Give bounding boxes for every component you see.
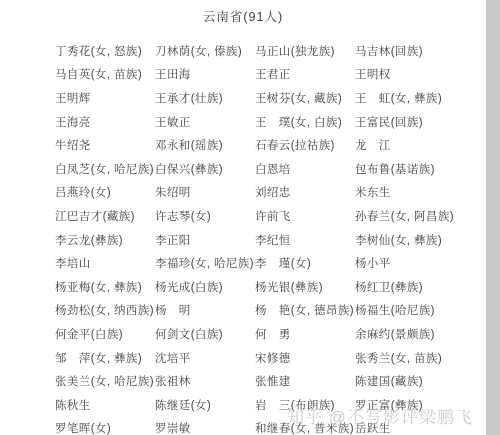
delegate-name: 白保兴(彝族) [155, 161, 255, 177]
delegate-name: 李正阳 [155, 232, 255, 248]
roster-row: 张美兰(女, 哈尼族)张祖林张惟建陈建国(藏族) [55, 369, 475, 393]
delegate-name: 龙 江 [355, 137, 455, 153]
delegate-name: 李树仙(女, 彝族) [355, 232, 455, 248]
delegate-name: 何金平(白族) [55, 326, 155, 342]
delegate-name: 张祖林 [155, 373, 255, 389]
delegate-name: 李培山 [55, 255, 155, 271]
delegate-name: 王敏正 [155, 114, 255, 130]
delegate-name: 王 虹(女, 彝族) [355, 90, 455, 106]
roster-row: 王海亮王敏正王 璞(女, 白族)王富民(回族) [55, 110, 475, 134]
roster-row: 邹 萍(女, 彝族)沈培平宋修德张秀兰(女, 苗族) [55, 346, 475, 370]
roster-row: 白凤芝(女, 哈尼族)白保兴(彝族)白恩培包布鲁(基诺族) [55, 157, 475, 181]
delegate-name: 陈秋生 [55, 397, 155, 413]
delegate-name: 许志琴(女) [155, 208, 255, 224]
delegate-name: 杨小平 [355, 255, 455, 271]
delegate-name: 石春云(拉祜族) [255, 137, 355, 153]
roster-row: 马自英(女, 苗族)王田海王君正王明权 [55, 63, 475, 87]
delegate-roster: 丁秀花(女, 怒族)刀林荫(女, 傣族)马正山(独龙族)马吉林(回族)马自英(女… [55, 39, 475, 435]
delegate-name: 朱绍明 [155, 184, 255, 200]
delegate-name: 张美兰(女, 哈尼族) [55, 373, 155, 389]
delegate-name: 米东生 [355, 184, 455, 200]
roster-row: 杨亚梅(女, 彝族)杨光成(白族)杨光银(彝族)杨红卫(彝族) [55, 275, 475, 299]
delegate-name: 杨劲松(女, 纳西族) [55, 302, 155, 318]
delegate-name: 陈继廷(女) [155, 397, 255, 413]
roster-row: 李培山李福珍(女, 哈尼族)李 瑾(女)杨小平 [55, 251, 475, 275]
delegate-name: 包布鲁(基诺族) [355, 161, 455, 177]
roster-row: 江巴吉才(藏族)许志琴(女)许前飞孙春兰(女, 阿昌族) [55, 204, 475, 228]
delegate-name: 何剑文(白族) [155, 326, 255, 342]
delegate-name: 王 璞(女, 白族) [255, 114, 355, 130]
page-title: 云南省(91人) [0, 7, 486, 25]
delegate-name: 李 瑾(女) [255, 255, 355, 271]
delegate-name: 白恩培 [255, 161, 355, 177]
delegate-name: 王明辉 [55, 90, 155, 106]
delegate-name: 刘绍忠 [255, 184, 355, 200]
delegate-name: 马正山(独龙族) [255, 43, 355, 59]
roster-row: 杨劲松(女, 纳西族)杨 明杨 艳(女, 德昂族)杨福生(哈尼族) [55, 299, 475, 323]
delegate-name: 王海亮 [55, 114, 155, 130]
roster-row: 丁秀花(女, 怒族)刀林荫(女, 傣族)马正山(独龙族)马吉林(回族) [55, 39, 475, 63]
delegate-name: 沈培平 [155, 350, 255, 366]
document-page: 云南省(91人) 丁秀花(女, 怒族)刀林荫(女, 傣族)马正山(独龙族)马吉林… [0, 0, 500, 435]
delegate-name: 马吉林(回族) [355, 43, 455, 59]
roster-row: 王明辉王承才(壮族)王树芬(女, 藏族)王 虹(女, 彝族) [55, 86, 475, 110]
delegate-name: 何 勇 [255, 326, 355, 342]
delegate-name: 罗笔晖(女) [55, 420, 155, 435]
delegate-name: 杨 艳(女, 德昂族) [255, 302, 355, 318]
roster-row: 何金平(白族)何剑文(白族)何 勇余麻约(景颇族) [55, 322, 475, 346]
delegate-name: 许前飞 [255, 208, 355, 224]
delegate-name: 王树芬(女, 藏族) [255, 90, 355, 106]
delegate-name: 杨亚梅(女, 彝族) [55, 279, 155, 295]
delegate-name: 杨光银(彝族) [255, 279, 355, 295]
delegate-name: 白凤芝(女, 哈尼族) [55, 161, 155, 177]
delegate-name: 李纪恒 [255, 232, 355, 248]
delegate-name: 王承才(壮族) [155, 90, 255, 106]
page-edge-gutter [486, 0, 500, 435]
zhihu-watermark: 知乎 @不写影评梁鹏飞 [287, 403, 473, 428]
delegate-name: 宋修德 [255, 350, 355, 366]
delegate-name: 王君正 [255, 66, 355, 82]
delegate-name: 罗崇敏 [155, 420, 255, 435]
delegate-name: 吕燕玲(女) [55, 184, 155, 200]
roster-row: 牛绍尧邓永和(瑶族)石春云(拉祜族)龙 江 [55, 133, 475, 157]
delegate-name: 马自英(女, 苗族) [55, 66, 155, 82]
delegate-name: 王田海 [155, 66, 255, 82]
delegate-name: 江巴吉才(藏族) [55, 208, 155, 224]
delegate-name: 王明权 [355, 66, 455, 82]
delegate-name: 丁秀花(女, 怒族) [55, 43, 155, 59]
delegate-name: 杨光成(白族) [155, 279, 255, 295]
delegate-name: 孙春兰(女, 阿昌族) [355, 208, 455, 224]
roster-row: 李云龙(彝族)李正阳李纪恒李树仙(女, 彝族) [55, 228, 475, 252]
delegate-name: 王富民(回族) [355, 114, 455, 130]
delegate-name: 杨红卫(彝族) [355, 279, 455, 295]
delegate-name: 余麻约(景颇族) [355, 326, 455, 342]
roster-row: 吕燕玲(女)朱绍明刘绍忠米东生 [55, 181, 475, 205]
delegate-name: 刀林荫(女, 傣族) [155, 43, 255, 59]
delegate-name: 邓永和(瑶族) [155, 137, 255, 153]
delegate-name: 杨 明 [155, 302, 255, 318]
delegate-name: 张惟建 [255, 373, 355, 389]
delegate-name: 杨福生(哈尼族) [355, 302, 455, 318]
delegate-name: 张秀兰(女, 苗族) [355, 350, 455, 366]
delegate-name: 邹 萍(女, 彝族) [55, 350, 155, 366]
delegate-name: 牛绍尧 [55, 137, 155, 153]
delegate-name: 陈建国(藏族) [355, 373, 455, 389]
delegate-name: 李福珍(女, 哈尼族) [155, 255, 255, 271]
delegate-name: 李云龙(彝族) [55, 232, 155, 248]
